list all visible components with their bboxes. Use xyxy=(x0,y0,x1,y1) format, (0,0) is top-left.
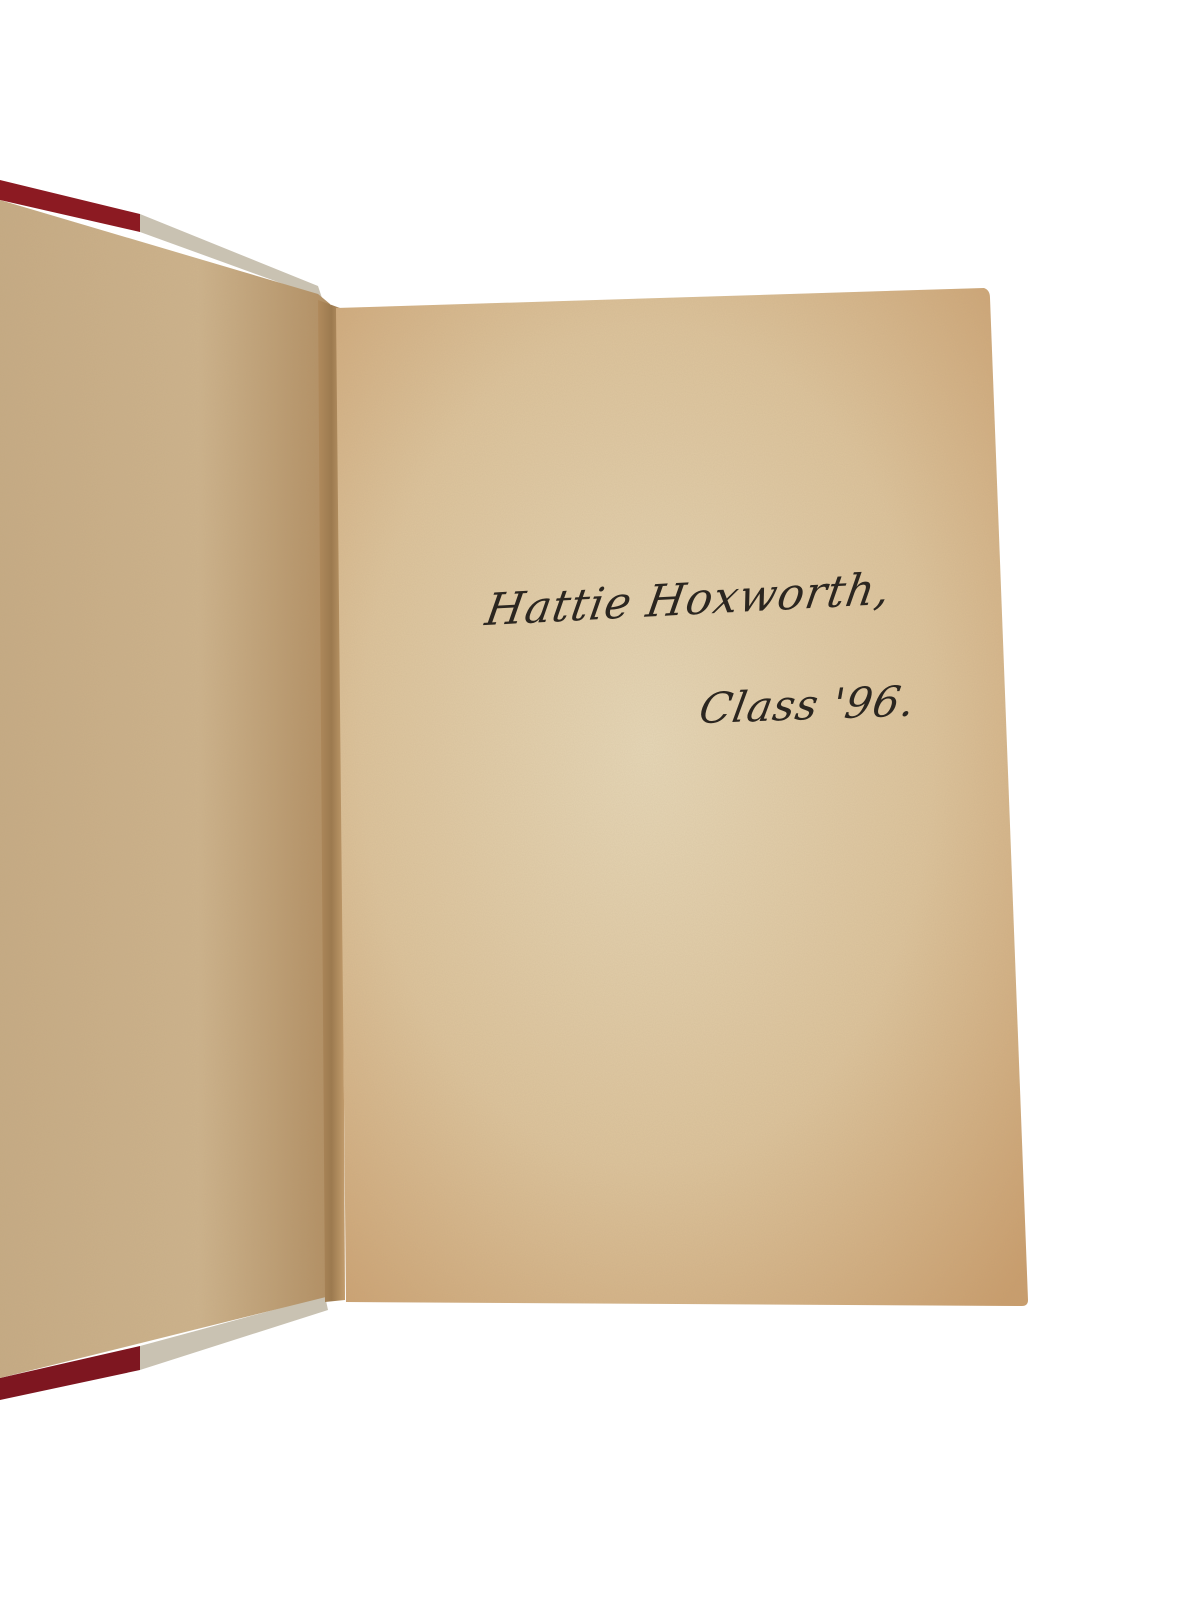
open-book xyxy=(0,0,1200,1600)
inscription-class: Class '96. xyxy=(696,676,920,733)
book-photo: Hattie Hoxworth, Class '96. xyxy=(0,0,1200,1600)
